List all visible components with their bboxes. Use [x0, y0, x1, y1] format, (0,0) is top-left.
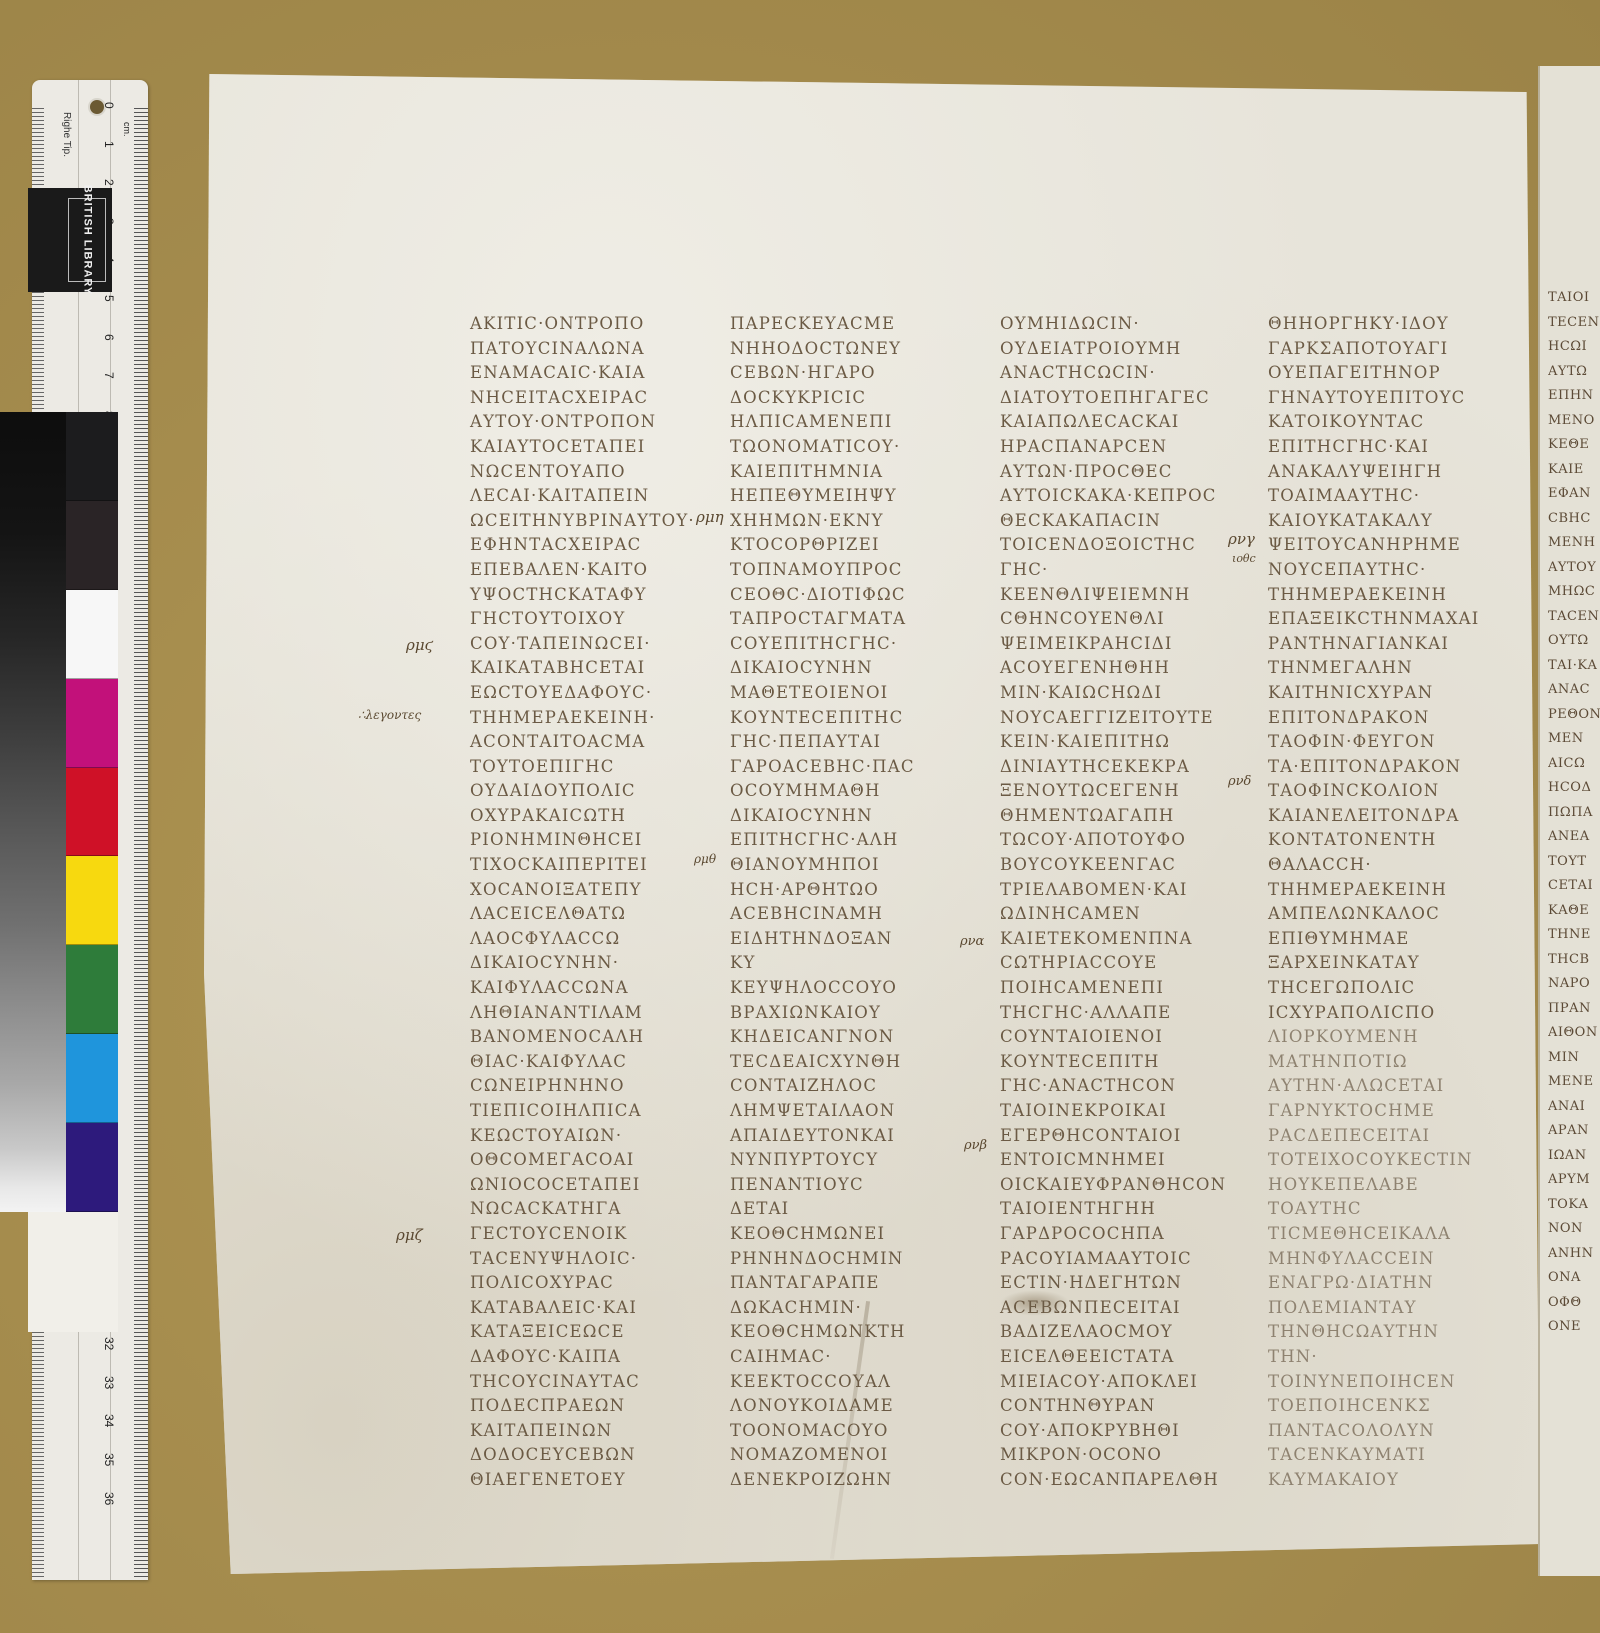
- manuscript-line: ΤΟΙΝΥΝΕΠΟΙΗϹΕΝ: [1268, 1370, 1518, 1395]
- cm-tick-label: 5: [102, 295, 116, 315]
- manuscript-line: ΘΙΑΕΓΕΝΕΤΟΕΥ: [470, 1468, 720, 1493]
- manuscript-line: ΕΙΔΗΤΗΝΔΟΞΑΝ: [730, 927, 980, 952]
- manuscript-line: ΧΗΗΜΩΝ·ΕΚΝΥ: [730, 509, 980, 534]
- manuscript-line: ΠΑΤΟΥϹΙΝΑΛΩΝΑ: [470, 337, 720, 362]
- manuscript-line: ΚΕΕΝΘΛΙΨΕΙΕΜΝΗ: [1000, 583, 1250, 608]
- cm-tick-marks: [124, 108, 148, 1580]
- manuscript-line: ΓΑΡΟΑϹΕΒΗϹ·ΠΑϹ: [730, 755, 980, 780]
- manuscript-line: ΔΙΚΑΙΟϹΥΝΗΝ: [730, 656, 980, 681]
- manuscript-line: ΕΠΙΤΗϹΓΗϹ·ΑΛΗ: [730, 828, 980, 853]
- manuscript-line: ϹΟΥ·ΑΠΟΚΡΥΒΗΘΙ: [1000, 1419, 1250, 1444]
- text-column-1: ΑΚΙΤΙϹ·ΟΝΤΡΟΠΟΠΑΤΟΥϹΙΝΑΛΩΝΑΕΝΑΜΑϹΑΙϹ·ΚΑΙ…: [470, 312, 720, 1493]
- manuscript-line: ΚΑΥΜΑΚΑΙΟΥ: [1268, 1468, 1518, 1493]
- manuscript-line: ΚΑΙΚΑΤΑΒΗϹΕΤΑΙ: [470, 656, 720, 681]
- manuscript-line: ΑΥΤΟΥ·ΟΝΤΡΟΠΟΝ: [470, 410, 720, 435]
- ruler-paper-tab: [28, 1212, 118, 1332]
- manuscript-line: ΟΥΕΠΑΓΕΙΤΗΝΟΡ: [1268, 361, 1518, 386]
- manuscript-line: ΤΡΙΕΛΑΒΟΜΕΝ·ΚΑΙ: [1000, 878, 1250, 903]
- manuscript-line: ΤΗΝΜΕΓΑΛΗΝ: [1268, 656, 1518, 681]
- manuscript-line: ΓΗϹ·: [1000, 558, 1250, 583]
- brand-text: BRITISH LIBRARY: [81, 185, 93, 296]
- manuscript-line: ΕΩϹΤΟΥΕΔΑΦΟΥϹ·: [470, 681, 720, 706]
- manuscript-line: ΤΟΤΕΙΧΟϹΟΥΚΕϹΤΙΝ: [1268, 1148, 1518, 1173]
- manuscript-line: ϹΑΙΗΜΑϹ·: [730, 1345, 980, 1370]
- manuscript-line: ΠΟΙΗϹΑΜΕΝΕΠΙ: [1000, 976, 1250, 1001]
- marginal-section-number: ρνδ: [1228, 774, 1251, 789]
- inch-unit-label: Righe Tip.: [61, 112, 72, 157]
- manuscript-line: ΤΟΑΥΤΗϹ: [1268, 1197, 1518, 1222]
- manuscript-line: ΗΕΠΕΘΥΜΕΙΗΨΥ: [730, 484, 980, 509]
- manuscript-line: ΚΟΥΝΤΕϹΕΠΙΤΗϹ: [730, 706, 980, 731]
- manuscript-line: ΟΥΜΗΙΔΩϹΙΝ·: [1000, 312, 1250, 337]
- manuscript-line: ΠΟΛΕΜΙΑΝΤΑΥ: [1268, 1296, 1518, 1321]
- manuscript-line: ΚΕΟΘϹΗΜΩΝΕΙ: [730, 1222, 980, 1247]
- swatch-dark-gray: [66, 501, 118, 590]
- manuscript-line: ΕΠΙΘΥΜΗΜΑΕ: [1268, 927, 1518, 952]
- manuscript-line: ΔΕΤΑΙ: [730, 1197, 980, 1222]
- manuscript-line: ΚΥ: [730, 951, 980, 976]
- manuscript-line: ΜΑΘΕΤΕΟΙΕΝΟΙ: [730, 681, 980, 706]
- manuscript-line: ΟΥΔΕΙΑΤΡΟΙΟΥΜΗ: [1000, 337, 1250, 362]
- marginal-section-number: ρνβ: [964, 1138, 987, 1153]
- manuscript-line: ΡΑΝΤΗΝΑΓΙΑΝΚΑΙ: [1268, 632, 1518, 657]
- manuscript-line: ΤΟΟΝΟΜΑϹΟΥΟ: [730, 1419, 980, 1444]
- manuscript-line: ΤΟΠΝΑΜΟΥΠΡΟϹ: [730, 558, 980, 583]
- manuscript-line: ΞΕΝΟΥΤΩϹΕΓΕΝΗ: [1000, 779, 1250, 804]
- manuscript-line: ΠΕΝΑΝΤΙΟΥϹ: [730, 1173, 980, 1198]
- manuscript-line: ΚΕΩϹΤΟΥΑΙΩΝ·: [470, 1124, 720, 1149]
- manuscript-line: ΤΕϹΔΕΑΙϹΧΥΝΘΗ: [730, 1050, 980, 1075]
- manuscript-line: ΡΑϹΔΕΠΕϹΕΙΤΑΙ: [1268, 1124, 1518, 1149]
- manuscript-line: ΤΑϹΕΝΚΑΥΜΑΤΙ: [1268, 1443, 1518, 1468]
- marginal-note: ∴λεγοντες: [358, 708, 421, 722]
- manuscript-line: ΚΑΙΦΥΛΑϹϹΩΝΑ: [470, 976, 720, 1001]
- manuscript-line: ΑϹΕΒΩΝΠΕϹΕΙΤΑΙ: [1000, 1296, 1250, 1321]
- manuscript-line: ΘΙΑϹ·ΚΑΙΦΥΛΑϹ: [470, 1050, 720, 1075]
- manuscript-line: ϹΘΗΝϹΟΥΕΝΘΛΙ: [1000, 607, 1250, 632]
- manuscript-line: ΚΑΤΟΙΚΟΥΝΤΑϹ: [1268, 410, 1518, 435]
- manuscript-line: ΤΗϹΕΓΩΠΟΛΙϹ: [1268, 976, 1518, 1001]
- manuscript-line: ΗΛΠΙϹΑΜΕΝΕΠΙ: [730, 410, 980, 435]
- manuscript-line: ΕΦΗΝΤΑϹΧΕΙΡΑϹ: [470, 533, 720, 558]
- manuscript-line: ΠΑΝΤΑΓΑΡΑΠΕ: [730, 1271, 980, 1296]
- manuscript-line: ΛΟΝΟΥΚΟΙΔΑΜΕ: [730, 1394, 980, 1419]
- manuscript-line: ϹΟΝΤΑΙΖΗΛΟϹ: [730, 1074, 980, 1099]
- manuscript-line: ΓΗϹ·ΠΕΠΑΥΤΑΙ: [730, 730, 980, 755]
- manuscript-line: ΤΟΥΤΟΕΠΙΓΗϹ: [470, 755, 720, 780]
- manuscript-line: ϹΟΥΕΠΙΤΗϹΓΗϹ·: [730, 632, 980, 657]
- text-column-4: ΘΗΗΟΡΓΗΚΥ·ΙΔΟΥΓΑΡΚΣΑΠΟΤΟΥΑΓΙΟΥΕΠΑΓΕΙΤΗΝΟ…: [1268, 312, 1518, 1493]
- manuscript-line: ΝΩϹΕΝΤΟΥΑΠΟ: [470, 460, 720, 485]
- manuscript-line: ΒΑΝΟΜΕΝΟϹΑΛΗ: [470, 1025, 720, 1050]
- manuscript-line: ΠΟΔΕϹΠΡΑΕΩΝ: [470, 1394, 720, 1419]
- manuscript-line: ΚΗΔΕΙϹΑΝΓΝΟΝ: [730, 1025, 980, 1050]
- manuscript-line: ΨΕΙΜΕΙΚΡΑΗϹΙΔΙ: [1000, 632, 1250, 657]
- manuscript-line: ΔΙΑΤΟΥΤΟΕΠΗΓΑΓΕϹ: [1000, 386, 1250, 411]
- manuscript-line: ΤΑ·ΕΠΙΤΟΝΔΡΑΚΟΝ: [1268, 755, 1518, 780]
- manuscript-line: ΤΙΧΟϹΚΑΙΠΕΡΙΤΕΙ: [470, 853, 720, 878]
- text-column-3: ΟΥΜΗΙΔΩϹΙΝ·ΟΥΔΕΙΑΤΡΟΙΟΥΜΗΑΝΑϹΤΗϹΩϹΙΝ·ΔΙΑ…: [1000, 312, 1250, 1493]
- manuscript-line: ΕΙϹΕΛΘΕΕΙϹΤΑΤΑ: [1000, 1345, 1250, 1370]
- manuscript-line: ΑΜΠΕΛΩΝΚΑΛΟϹ: [1268, 902, 1518, 927]
- manuscript-line: ΓΗΝΑΥΤΟΥΕΠΙΤΟΥϹ: [1268, 386, 1518, 411]
- manuscript-line: ΛΗΘΙΑΝΑΝΤΙΛΑΜ: [470, 1001, 720, 1026]
- manuscript-line: ΚΕΟΘϹΗΜΩΝΚΤΗ: [730, 1320, 980, 1345]
- manuscript-line: ΨΕΙΤΟΥϹΑΝΗΡΗΜΕ: [1268, 533, 1518, 558]
- cm-tick-label: 7: [102, 372, 116, 392]
- manuscript-line: ΤΟΕΠΟΙΗϹΕΝΚΣ: [1268, 1394, 1518, 1419]
- manuscript-line: ΔΟϹΚΥΚΡΙϹΙϹ: [730, 386, 980, 411]
- manuscript-line: ΕΝΑΓΡΩ·ΔΙΑΤΗΝ: [1268, 1271, 1518, 1296]
- swatch-magenta: [66, 679, 118, 768]
- manuscript-line: ΤΩΟΝΟΜΑΤΙϹΟΥ·: [730, 435, 980, 460]
- manuscript-line: ΤΑΠΡΟϹΤΑΓΜΑΤΑ: [730, 607, 980, 632]
- manuscript-line: ΑϹΟΝΤΑΙΤΟΑϹΜΑ: [470, 730, 720, 755]
- manuscript-line: ΑΝΑϹΤΗϹΩϹΙΝ·: [1000, 361, 1250, 386]
- manuscript-line: ϹΩΝΕΙΡΗΝΗΝΟ: [470, 1074, 720, 1099]
- manuscript-line: ΞΑΡΧΕΙΝΚΑΤΑΥ: [1268, 951, 1518, 976]
- manuscript-line: ΤΑΟΦΙΝ·ΦΕΥΓΟΝ: [1268, 730, 1518, 755]
- manuscript-line: ΔΟΔΟϹΕΥϹΕΒΩΝ: [470, 1443, 720, 1468]
- manuscript-line: ΟΧΥΡΑΚΑΙϹΩΤΗ: [470, 804, 720, 829]
- marginal-section-number: ρμζ: [396, 1226, 423, 1244]
- manuscript-line: ΚΑΤΑΒΑΛΕΙϹ·ΚΑΙ: [470, 1296, 720, 1321]
- manuscript-line: ΗϹΗ·ΑΡΘΗΤΩΟ: [730, 878, 980, 903]
- british-library-logo: BRITISH LIBRARY: [28, 188, 112, 292]
- manuscript-line: ΔΙΚΑΙΟϹΥΝΗΝ·: [470, 951, 720, 976]
- manuscript-line: ΚΟΥΝΤΕϹΕΠΙΤΗ: [1000, 1050, 1250, 1075]
- cm-tick-label: 33: [102, 1376, 116, 1396]
- manuscript-line: ΚΑΙΤΑΠΕΙΝΩΝ: [470, 1419, 720, 1444]
- manuscript-line: ΟΘϹΟΜΕΓΑϹΟΑΙ: [470, 1148, 720, 1173]
- manuscript-line: ΕΝΤΟΙϹΜΝΗΜΕΙ: [1000, 1148, 1250, 1173]
- manuscript-line: ΑΥΤΩΝ·ΠΡΟϹΘΕϹ: [1000, 460, 1250, 485]
- marginal-section-number: ρνγ: [1228, 530, 1255, 548]
- color-calibration-swatches: [66, 412, 118, 1212]
- manuscript-line: ΤΩϹΟΥ·ΑΠΟΤΟΥΦΟ: [1000, 828, 1250, 853]
- manuscript-line: ΤΗΝ·: [1268, 1345, 1518, 1370]
- manuscript-line: ΜΗΝΦΥΛΑϹϹΕΙΝ: [1268, 1247, 1518, 1272]
- manuscript-line: ΝΩϹΑϹΚΑΤΗΓΑ: [470, 1197, 720, 1222]
- manuscript-line: ΡΙΟΝΗΜΙΝΘΗϹΕΙ: [470, 828, 720, 853]
- manuscript-line: ΘΗΜΕΝΤΩΑΓΑΠΗ: [1000, 804, 1250, 829]
- manuscript-line: ΚΑΙΑΝΕΛΕΙΤΟΝΔΡΑ: [1268, 804, 1518, 829]
- manuscript-line: ΝΟΜΑΖΟΜΕΝΟΙ: [730, 1443, 980, 1468]
- manuscript-line: ΛΑϹΕΙϹΕΛΘΑΤΩ: [470, 902, 720, 927]
- manuscript-line: ΜΑΤΗΝΠΟΤΙΩ: [1268, 1050, 1518, 1075]
- manuscript-line: ΡΗΝΗΝΔΟϹΗΜΙΝ: [730, 1247, 980, 1272]
- manuscript-line: ΩΔΙΝΗϹΑΜΕΝ: [1000, 902, 1250, 927]
- manuscript-line: ΓΑΡΔΡΟϹΟϹΗΠΑ: [1000, 1222, 1250, 1247]
- manuscript-line: ΑϹΟΥΕΓΕΝΗΘΗΗ: [1000, 656, 1250, 681]
- manuscript-line: ΚΑΙΕΤΕΚΟΜΕΝΠΝΑ: [1000, 927, 1250, 952]
- marginal-section-number: ρνα: [960, 934, 984, 949]
- manuscript-line: ΛΕϹΑΙ·ΚΑΙΤΑΠΕΙΝ: [470, 484, 720, 509]
- manuscript-line: ΤΗϹΓΗϹ·ΑΛΛΑΠΕ: [1000, 1001, 1250, 1026]
- manuscript-line: ΠΑΝΤΑϹΟΛΟΛΥΝ: [1268, 1419, 1518, 1444]
- manuscript-line: ΚΕΥΨΗΛΟϹϹΟΥΟ: [730, 976, 980, 1001]
- cm-tick-label: 35: [102, 1453, 116, 1473]
- manuscript-line: ΝΗϹΕΙΤΑϹΧΕΙΡΑϹ: [470, 386, 720, 411]
- manuscript-line: ΟΙϹΚΑΙΕΥΦΡΑΝΘΗϹΟΝ: [1000, 1173, 1250, 1198]
- manuscript-line: ΕΠΕΒΑΛΕΝ·ΚΑΙΤΟ: [470, 558, 720, 583]
- manuscript-line: ΘΙΑΝΟΥΜΗΠΟΙ: [730, 853, 980, 878]
- manuscript-line: ΤΑΙΟΙΝΕΚΡΟΙΚΑΙ: [1000, 1099, 1250, 1124]
- manuscript-line: ΚΑΙΤΗΝΙϹΧΥΡΑΝ: [1268, 681, 1518, 706]
- marginal-section-number: ρμϛ: [406, 636, 433, 654]
- manuscript-line: ΟΥΔΑΙΔΟΥΠΟΛΙϹ: [470, 779, 720, 804]
- manuscript-line: ΚΑΙΟΥΚΑΤΑΚΑΛΥ: [1268, 509, 1518, 534]
- manuscript-line: ϹΕΒΩΝ·ΗΓΑΡΟ: [730, 361, 980, 386]
- cm-unit-label: cm.: [122, 122, 132, 137]
- cm-tick-label: 32: [102, 1337, 116, 1357]
- manuscript-line: ΜΙΝ·ΚΑΙΩϹΗΩΔΙ: [1000, 681, 1250, 706]
- manuscript-line: ΤΗΗΜΕΡΑΕΚΕΙΝΗ·: [470, 706, 720, 731]
- swatch-green: [66, 945, 118, 1034]
- manuscript-line: ΜΙΚΡΟΝ·ΟϹΟΝΟ: [1000, 1443, 1250, 1468]
- manuscript-line: ΤΙΕΠΙϹΟΙΗΛΠΙϹΑ: [470, 1099, 720, 1124]
- manuscript-line: ΓΗϹΤΟΥΤΟΙΧΟΥ: [470, 607, 720, 632]
- manuscript-line: ΘΑΛΑϹϹΗ·: [1268, 853, 1518, 878]
- manuscript-line: ΝΟΥϹΕΠΑΥΤΗϹ·: [1268, 558, 1518, 583]
- manuscript-line: ΧΟϹΑΝΟΙΞΑΤΕΠΥ: [470, 878, 720, 903]
- adjacent-folio-edge: ΤΑΙΟΙ ΤΕϹΕΝ ΗϹΩΙ ΑΥΤΩ ΕΠΗΝ ΜΕΝΟ ΚΕΘΕ ΚΑΙ…: [1538, 66, 1600, 1576]
- manuscript-line: ΤΑΙΟΙΕΝΤΗΓΗΗ: [1000, 1197, 1250, 1222]
- marginal-section-number: ρμη: [696, 508, 724, 526]
- manuscript-line: ΓΑΡΝΥΚΤΟϹΗΜΕ: [1268, 1099, 1518, 1124]
- manuscript-line: ϹΟΥΝΤΑΙΟΙΕΝΟΙ: [1000, 1025, 1250, 1050]
- manuscript-line: ΜΙΕΙΑϹΟΥ·ΑΠΟΚΛΕΙ: [1000, 1370, 1250, 1395]
- manuscript-line: ΩΝΙΟϹΟϹΕΤΑΠΕΙ: [470, 1173, 720, 1198]
- manuscript-line: ϹΟΝΤΗΝΘΥΡΑΝ: [1000, 1394, 1250, 1419]
- manuscript-line: ΓΕϹΤΟΥϹΕΝΟΙΚ: [470, 1222, 720, 1247]
- manuscript-line: ϹΕΟΘϹ·ΔΙΟΤΙΦΩϹ: [730, 583, 980, 608]
- manuscript-line: ΔΙΝΙΑΥΤΗϹΕΚΕΚΡΑ: [1000, 755, 1250, 780]
- manuscript-line: ΛΗΜΨΕΤΑΙΛΑΟΝ: [730, 1099, 980, 1124]
- manuscript-line: ΝΗΗΟΔΟϹΤΩΝΕΥ: [730, 337, 980, 362]
- manuscript-line: ΒΡΑΧΙΩΝΚΑΙΟΥ: [730, 1001, 980, 1026]
- manuscript-line: ΩϹΕΙΤΗΝΥΒΡΙΝΑΥΤΟΥ·: [470, 509, 720, 534]
- manuscript-line: ΤΗΗΜΕΡΑΕΚΕΙΝΗ: [1268, 583, 1518, 608]
- manuscript-line: ΤΗϹΟΥϹΙΝΑΥΤΑϹ: [470, 1370, 720, 1395]
- adjacent-folio-text: ΤΑΙΟΙ ΤΕϹΕΝ ΗϹΩΙ ΑΥΤΩ ΕΠΗΝ ΜΕΝΟ ΚΕΘΕ ΚΑΙ…: [1548, 286, 1600, 1340]
- manuscript-line: ΕϹΤΙΝ·ΗΔΕΓΗΤΩΝ: [1000, 1271, 1250, 1296]
- manuscript-line: ΓΑΡΚΣΑΠΟΤΟΥΑΓΙ: [1268, 337, 1518, 362]
- manuscript-line: ΔΕΝΕΚΡΟΙΖΩΗΝ: [730, 1468, 980, 1493]
- manuscript-line: ΔΩΚΑϹΗΜΙΝ·: [730, 1296, 980, 1321]
- manuscript-line: ΕΠΙΤΟΝΔΡΑΚΟΝ: [1268, 706, 1518, 731]
- manuscript-line: ΤΑΟΦΙΝϹΚΟΛΙΟΝ: [1268, 779, 1518, 804]
- manuscript-line: ΑΝΑΚΑΛΥΨΕΙΗΓΗ: [1268, 460, 1518, 485]
- manuscript-line: ΚΑΙΕΠΙΤΗΜΝΙΑ: [730, 460, 980, 485]
- manuscript-line: ΟϹΟΥΜΗΜΑΘΗ: [730, 779, 980, 804]
- manuscript-line: ΕΠΑΞΕΙΚϹΤΗΝΜΑΧΑΙ: [1268, 607, 1518, 632]
- manuscript-line: ΤΟΑΙΜΑΑΥΤΗϹ·: [1268, 484, 1518, 509]
- cm-tick-label: 6: [102, 334, 116, 354]
- manuscript-line: ΔΑΦΟΥϹ·ΚΑΙΠΑ: [470, 1345, 720, 1370]
- manuscript-line: ΑϹΕΒΗϹΙΝΑΜΗ: [730, 902, 980, 927]
- manuscript-line: ΠΟΛΙϹΟΧΥΡΑϹ: [470, 1271, 720, 1296]
- manuscript-line: ΝΥΝΠΥΡΤΟΥϹΥ: [730, 1148, 980, 1173]
- manuscript-line: ΚΟΝΤΑΤΟΝΕΝΤΗ: [1268, 828, 1518, 853]
- swatch-white: [66, 590, 118, 679]
- manuscript-line: ΑΥΤΗΝ·ΑΛΩϹΕΤΑΙ: [1268, 1074, 1518, 1099]
- text-column-2: ΠΑΡΕϹΚΕΥΑϹΜΕΝΗΗΟΔΟϹΤΩΝΕΥϹΕΒΩΝ·ΗΓΑΡΟΔΟϹΚΥ…: [730, 312, 980, 1493]
- marginal-section-number: ρμθ: [694, 852, 716, 866]
- manuscript-line: ΔΙΚΑΙΟϹΥΝΗΝ: [730, 804, 980, 829]
- manuscript-line: ΚΤΟϹΟΡΘΡΙΖΕΙ: [730, 533, 980, 558]
- manuscript-line: ΛΙΟΡΚΟΥΜΕΝΗ: [1268, 1025, 1518, 1050]
- manuscript-line: ΓΗϹ·ΑΝΑϹΤΗϹΟΝ: [1000, 1074, 1250, 1099]
- manuscript-line: ΑΠΑΙΔΕΥΤΟΝΚΑΙ: [730, 1124, 980, 1149]
- manuscript-line: ΤΗΗΜΕΡΑΕΚΕΙΝΗ: [1268, 878, 1518, 903]
- manuscript-line: ΝΟΥϹΑΕΓΓΙΖΕΙΤΟΥΤΕ: [1000, 706, 1250, 731]
- marginal-note: ιοθϲ: [1232, 552, 1256, 565]
- manuscript-line: ΒΟΥϹΟΥΚΕΕΝΓΑϹ: [1000, 853, 1250, 878]
- manuscript-line: ΡΑϹΟΥΙΑΜΑΑΥΤΟΙϹ: [1000, 1247, 1250, 1272]
- manuscript-line: ΤΟΙϹΕΝΔΟΞΟΙϹΤΗϹ: [1000, 533, 1250, 558]
- manuscript-line: ΚΑΙΑΥΤΟϹΕΤΑΠΕΙ: [470, 435, 720, 460]
- manuscript-line: ΕΓΕΡΘΗϹΟΝΤΑΙΟΙ: [1000, 1124, 1250, 1149]
- manuscript-line: ΚΑΙΑΠΩΛΕϹΑϹΚΑΙ: [1000, 410, 1250, 435]
- manuscript-line: ΛΑΟϹΦΥΛΑϹϹΩ: [470, 927, 720, 952]
- cm-tick-label: 1: [102, 141, 116, 161]
- manuscript-line: ΚΕΕΚΤΟϹϹΟΥΑΛ: [730, 1370, 980, 1395]
- manuscript-line: ΗΡΑϹΠΑΝΑΡϹΕΝ: [1000, 435, 1250, 460]
- grayscale-calibration-strip: [0, 412, 68, 1212]
- swatch-red: [66, 768, 118, 857]
- manuscript-line: ΙϹΧΥΡΑΠΟΛΙϹΠΟ: [1268, 1001, 1518, 1026]
- manuscript-line: ΚΑΤΑΞΕΙϹΕΩϹΕ: [470, 1320, 720, 1345]
- manuscript-line: ΘΕϹΚΑΚΑΠΑϹΙΝ: [1000, 509, 1250, 534]
- manuscript-line: ΥΨΟϹΤΗϹΚΑΤΑΦΥ: [470, 583, 720, 608]
- manuscript-line: ΑΥΤΟΙϹΚΑΚΑ·ΚΕΠΡΟϹ: [1000, 484, 1250, 509]
- manuscript-line: ΤΙϹΜΕΘΗϹΕΙΚΑΛΑ: [1268, 1222, 1518, 1247]
- manuscript-line: ΑΚΙΤΙϹ·ΟΝΤΡΟΠΟ: [470, 312, 720, 337]
- manuscript-line: ϹΟΝ·ΕΩϹΑΝΠΑΡΕΛΘΗ: [1000, 1468, 1250, 1493]
- manuscript-line: ΤΑϹΕΝΥΨΗΛΟΙϹ·: [470, 1247, 720, 1272]
- cm-tick-label: 34: [102, 1414, 116, 1434]
- manuscript-line: ΕΠΙΤΗϹΓΗϹ·ΚΑΙ: [1268, 435, 1518, 460]
- swatch-blue-violet: [66, 1123, 118, 1212]
- manuscript-line: ΚΕΙΝ·ΚΑΙΕΠΙΤΗΩ: [1000, 730, 1250, 755]
- swatch-cyan: [66, 1034, 118, 1123]
- manuscript-line: ΘΗΗΟΡΓΗΚΥ·ΙΔΟΥ: [1268, 312, 1518, 337]
- manuscript-line: ΤΗΝΘΗϹΩΑΥΤΗΝ: [1268, 1320, 1518, 1345]
- manuscript-line: ΠΑΡΕϹΚΕΥΑϹΜΕ: [730, 312, 980, 337]
- cm-tick-label: 0: [102, 102, 116, 122]
- manuscript-line: ϹΟΥ·ΤΑΠΕΙΝΩϹΕΙ·: [470, 632, 720, 657]
- swatch-black: [66, 412, 118, 501]
- cm-tick-label: 36: [102, 1492, 116, 1512]
- swatch-yellow: [66, 856, 118, 945]
- manuscript-line: ΒΑΔΙΖΕΛΑΟϹΜΟΥ: [1000, 1320, 1250, 1345]
- manuscript-line: ΕΝΑΜΑϹΑΙϹ·ΚΑΙΑ: [470, 361, 720, 386]
- manuscript-line: ϹΩΤΗΡΙΑϹϹΟΥΕ: [1000, 951, 1250, 976]
- manuscript-line: ΗΟΥΚΕΠΕΛΑΒΕ: [1268, 1173, 1518, 1198]
